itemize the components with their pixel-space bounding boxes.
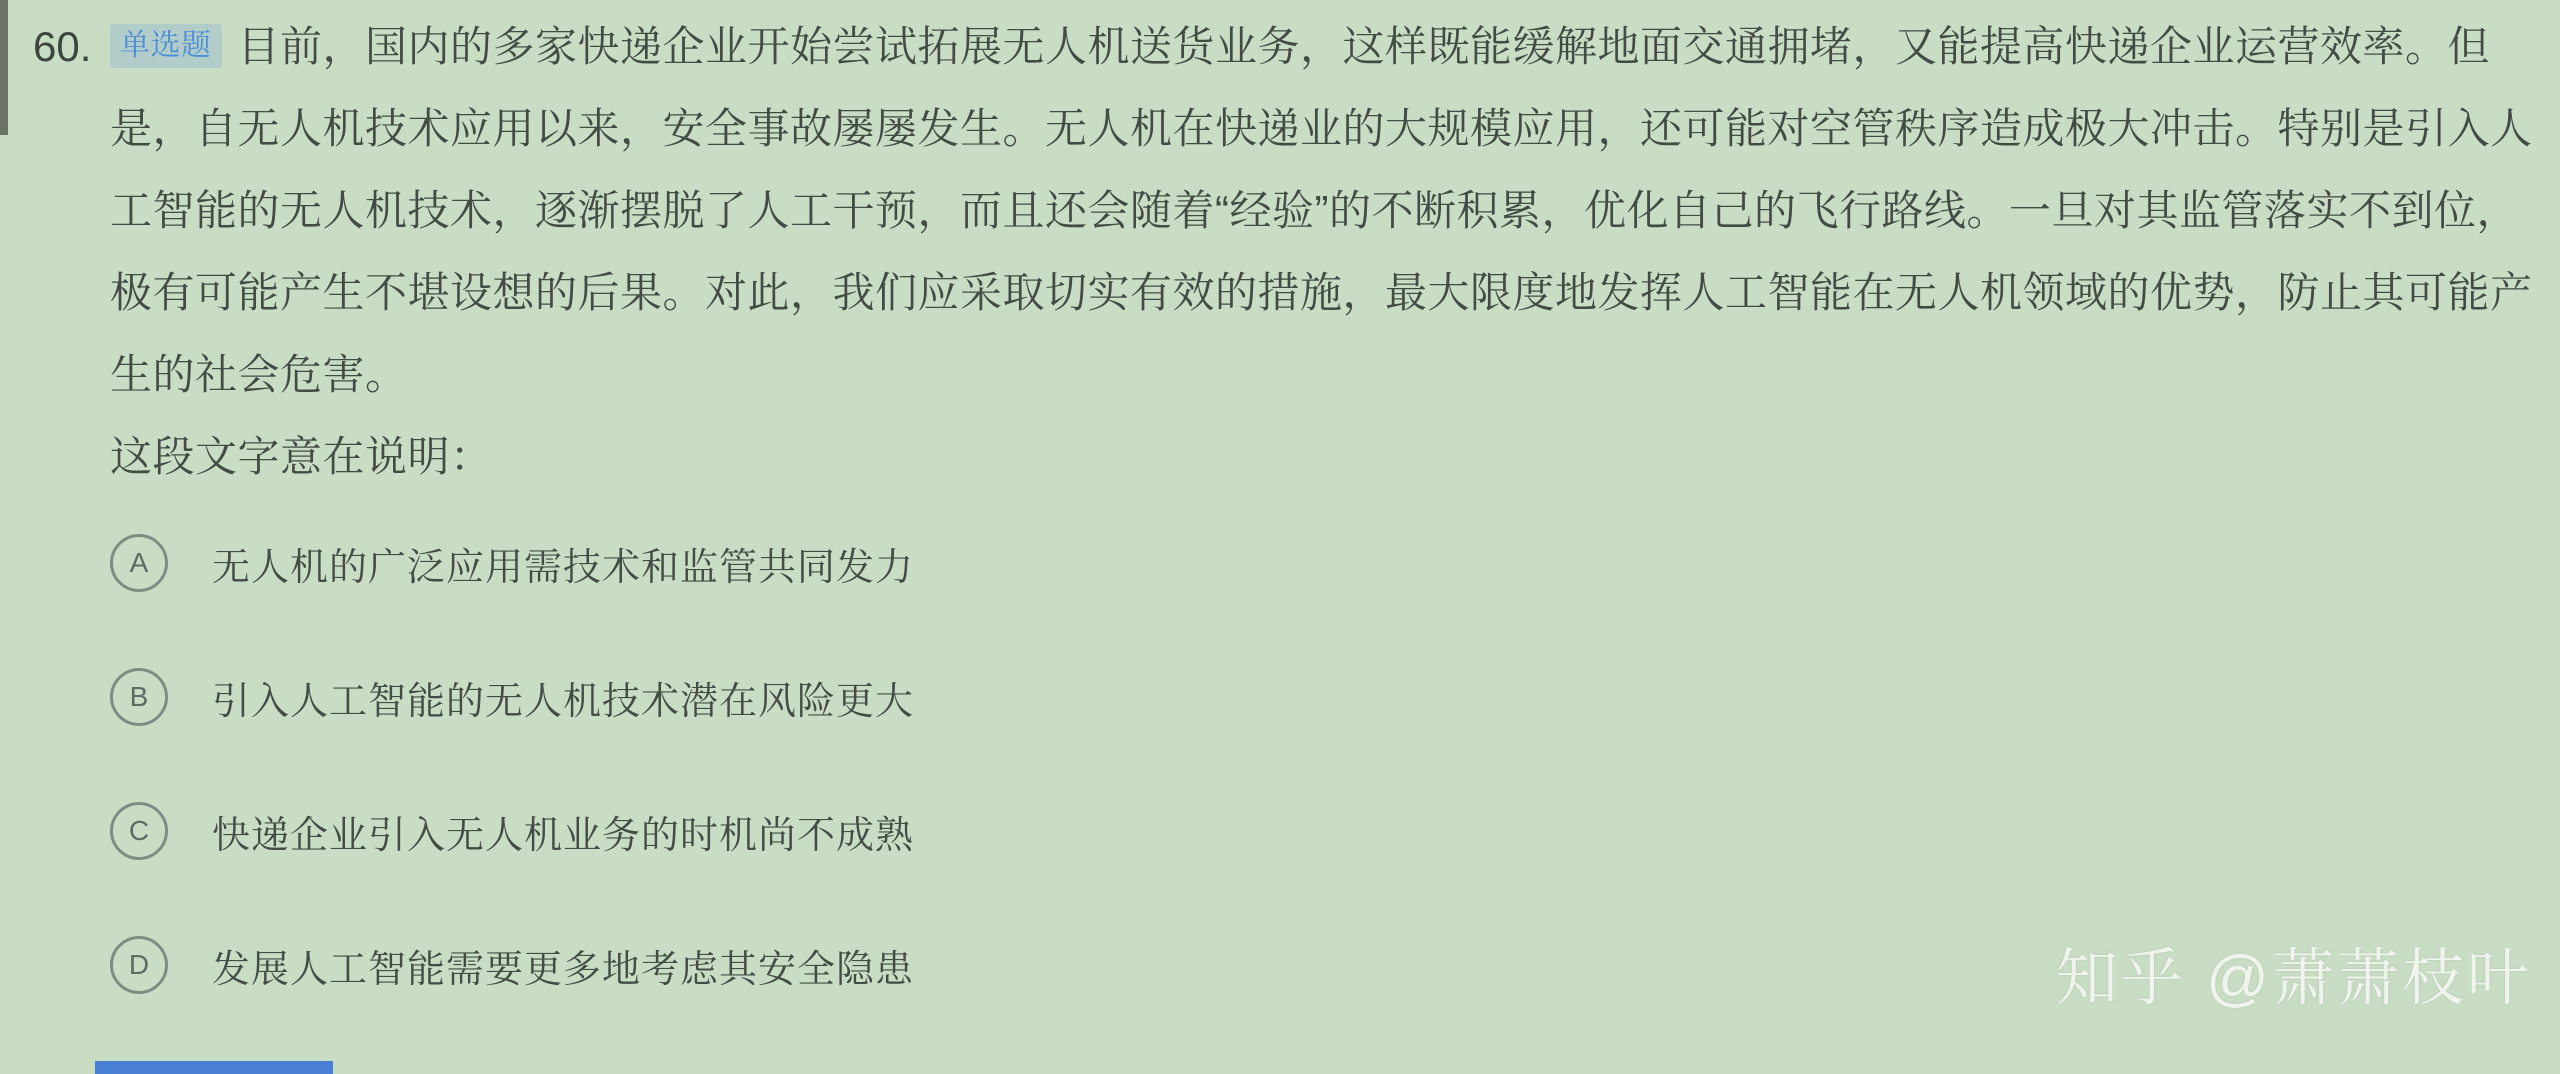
quiz-page: 60. 单选题目前，国内的多家快递企业开始尝试拓展无人机送货业务，这样既能缓解地…: [0, 0, 2560, 1074]
option-c-radio[interactable]: C: [110, 802, 168, 860]
question-type-badge: 单选题: [110, 24, 222, 68]
option-b-radio[interactable]: B: [110, 668, 168, 726]
option-b-label: 引入人工智能的无人机技术潜在风险更大: [212, 670, 914, 725]
question-text: 目前，国内的多家快递企业开始尝试拓展无人机送货业务，这样既能缓解地面交通拥堵，又…: [110, 23, 2533, 398]
option-c[interactable]: C 快递企业引入无人机业务的时机尚不成熟: [110, 802, 2560, 860]
option-d-radio[interactable]: D: [110, 936, 168, 994]
option-a-label: 无人机的广泛应用需技术和监管共同发力: [212, 536, 914, 591]
bottom-blue-bar-partial[interactable]: [95, 1061, 333, 1074]
option-c-label: 快递企业引入无人机业务的时机尚不成熟: [212, 804, 914, 859]
option-a-radio[interactable]: A: [110, 534, 168, 592]
options-list: A 无人机的广泛应用需技术和监管共同发力 B 引入人工智能的无人机技术潜在风险更…: [110, 534, 2560, 994]
question-block: 单选题目前，国内的多家快递企业开始尝试拓展无人机送货业务，这样既能缓解地面交通拥…: [0, 0, 2560, 498]
option-d-label: 发展人工智能需要更多地考虑其安全隐患: [212, 938, 914, 993]
option-a[interactable]: A 无人机的广泛应用需技术和监管共同发力: [110, 534, 2560, 592]
zhihu-watermark: 知乎 @萧萧枝叶: [2056, 928, 2532, 1017]
option-b[interactable]: B 引入人工智能的无人机技术潜在风险更大: [110, 668, 2560, 726]
question-prompt: 这段文字意在说明：: [110, 416, 2546, 498]
